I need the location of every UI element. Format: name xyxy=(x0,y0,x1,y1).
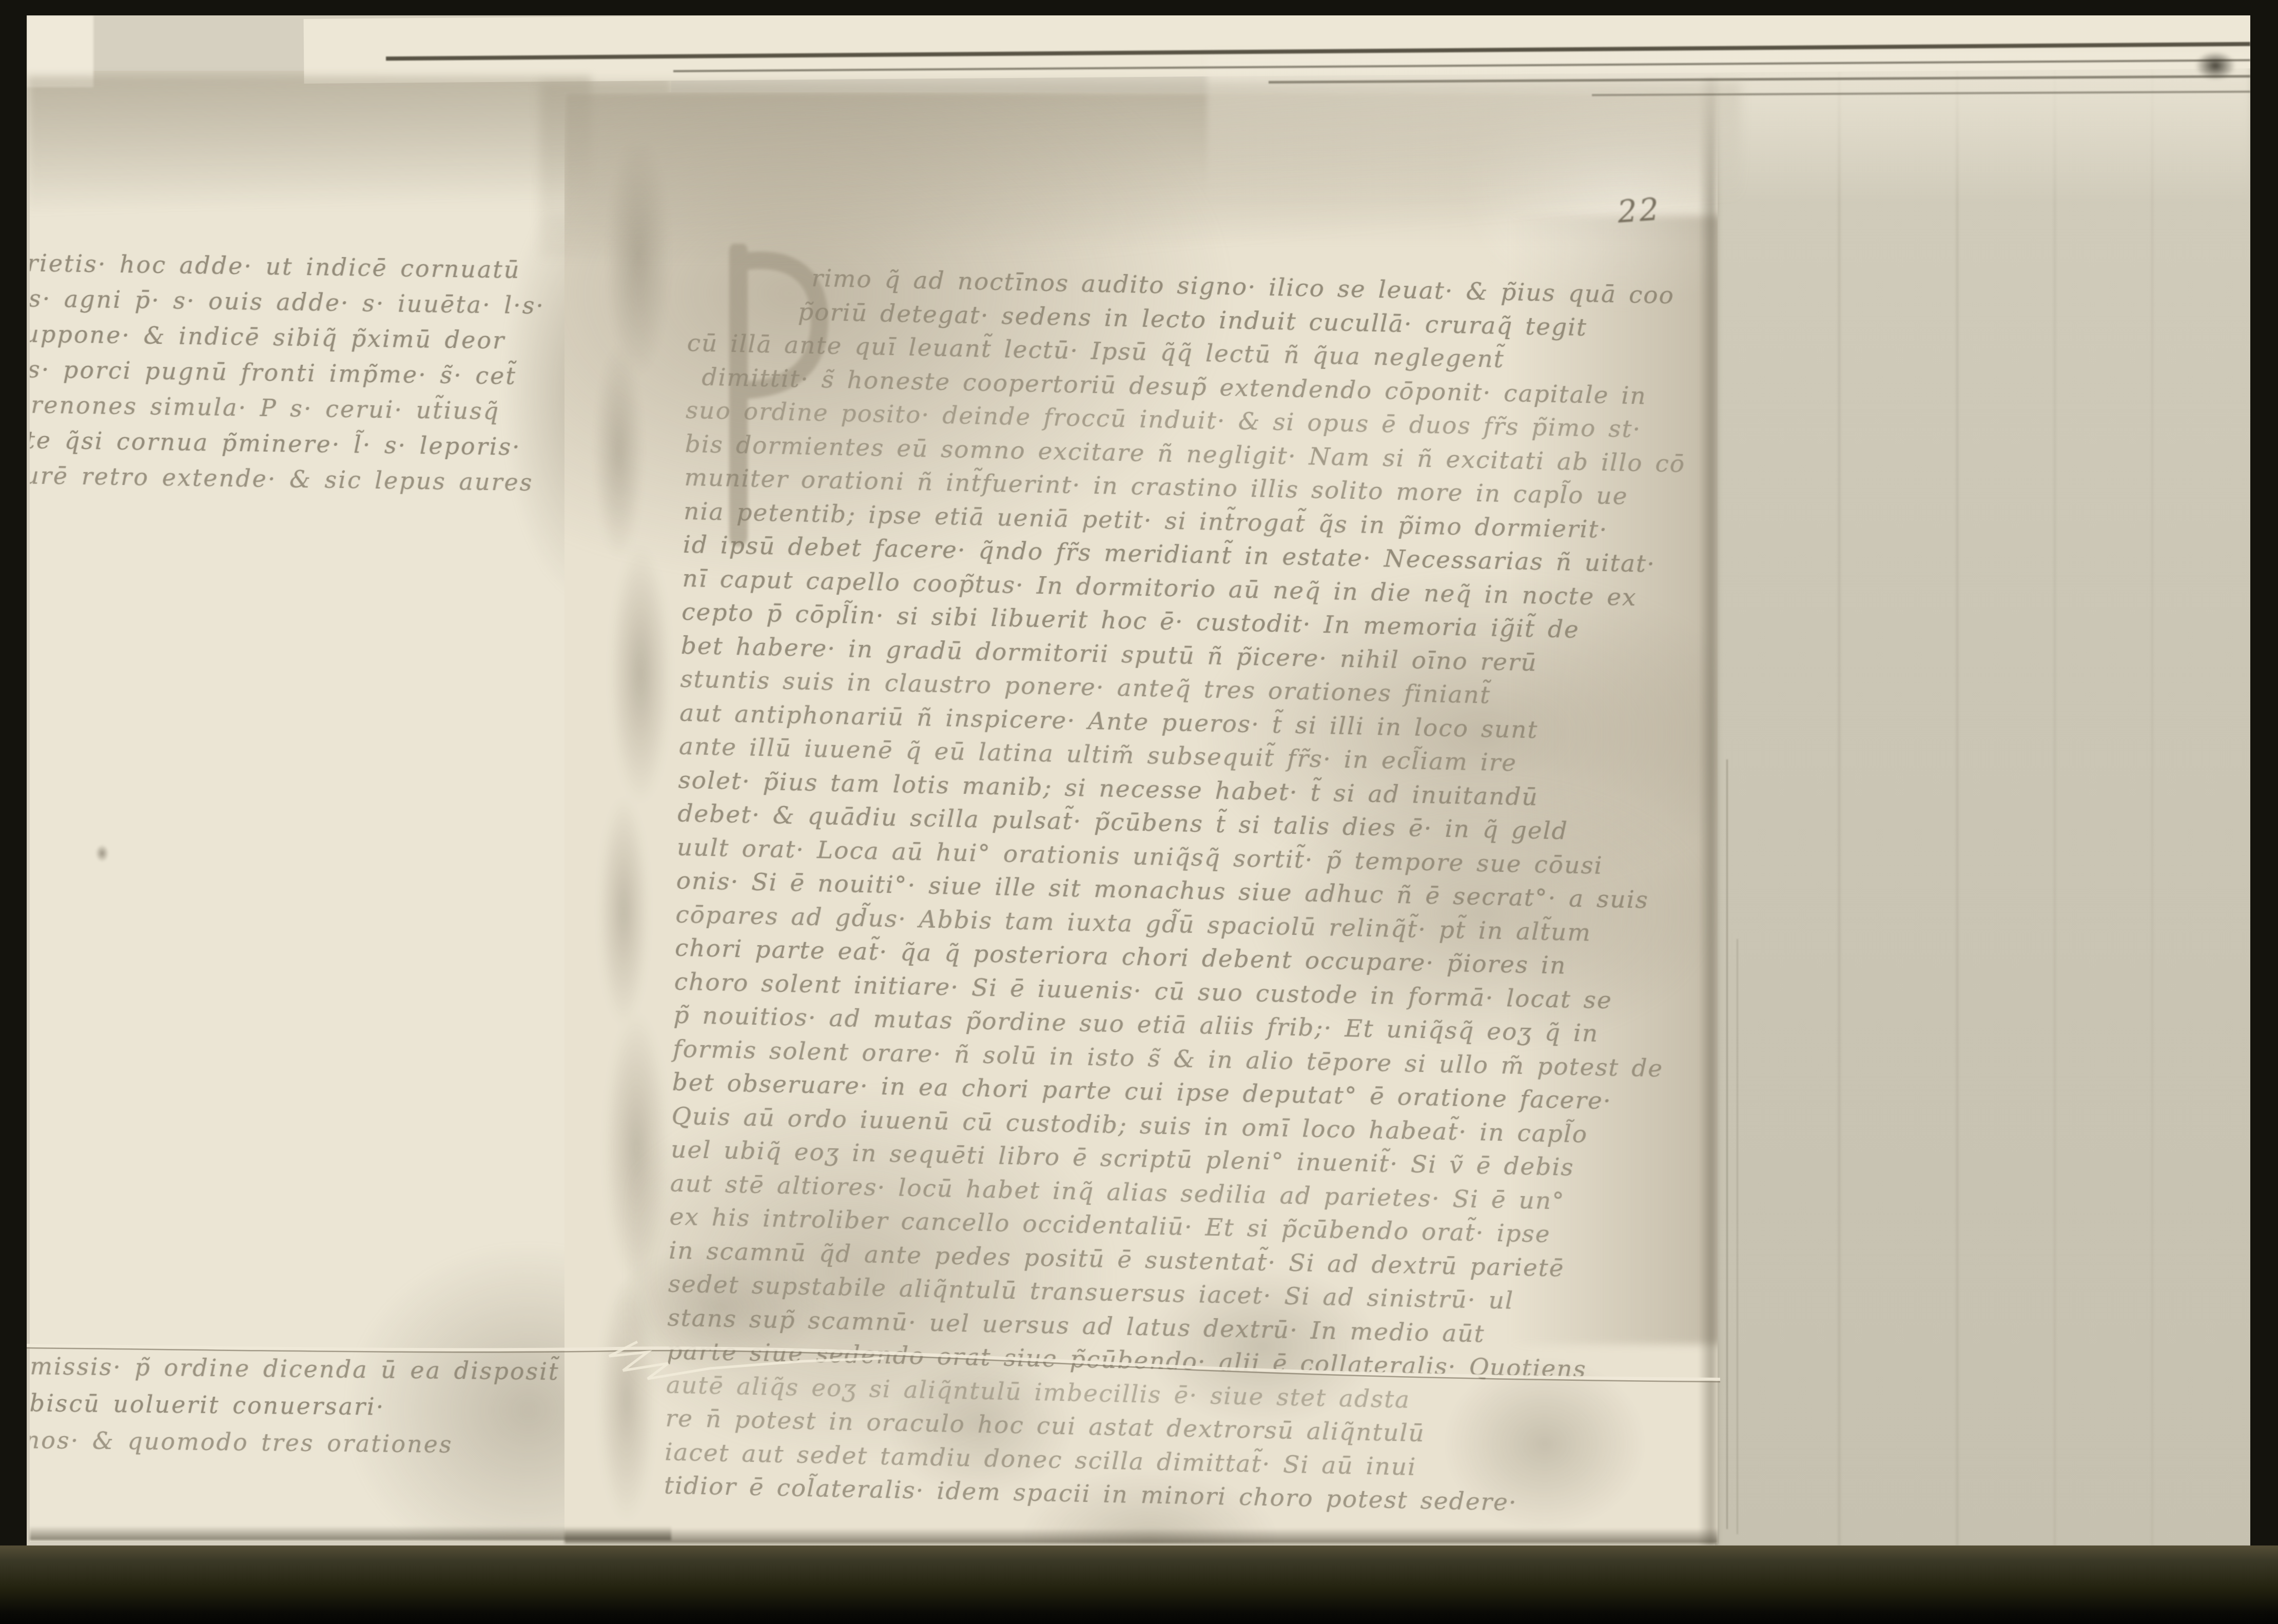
table-surface xyxy=(0,1545,2278,1624)
leaf-edge-line xyxy=(1726,759,1728,1529)
backing-streak xyxy=(2151,15,2153,1545)
manuscript-text-line: arietis· hoc adde· ut indicē cornuatū xyxy=(30,249,521,284)
right-page: rimo q̃ ad noctīnos audito signo· ilico … xyxy=(564,92,1718,1543)
page-bottom-edge xyxy=(564,1528,1718,1543)
photo-backing xyxy=(1715,15,2250,1545)
ink-spot xyxy=(95,845,109,862)
backing-streak xyxy=(2054,15,2056,1545)
manuscript-photo-scan: arietis· hoc adde· ut indicē cornuatūl·s… xyxy=(0,0,2278,1624)
leaf-edge-line xyxy=(1737,939,1738,1534)
backing-streak xyxy=(1956,15,1958,1545)
backing-streak xyxy=(1838,15,1840,1545)
left-page-upper-text: arietis· hoc adde· ut indicē cornuatūl·s… xyxy=(30,249,627,258)
folio-number: 22 xyxy=(1617,191,1662,230)
manuscript-text-line: obiscū uoluerit conuersari· xyxy=(30,1389,385,1421)
main-text-block: rimo q̃ ad noctīnos audito signo· ilico … xyxy=(664,262,1612,1542)
manuscript-text-line: ōmissis· p̃ ordine dicenda ū ea disposit… xyxy=(30,1352,560,1385)
manuscript-text-line: t̃nos· & quomodo tres orationes xyxy=(30,1426,453,1458)
manuscript-text-line: suppone· & indicē sibiq̃ p̃ximū deor xyxy=(30,320,505,354)
manuscript-text-line: l·s· porci pugnū fronti imp̃me· s̃· cet̃ xyxy=(30,355,517,390)
page-bottom-edge xyxy=(30,1526,671,1540)
manuscript-text-line: l·s· agni p̄· s· ouis adde· s· iuuēta· l… xyxy=(30,284,545,320)
manuscript-text-line: grenones simula· P s· cerui· ut̃iusq̃ xyxy=(30,390,500,425)
manuscript-text-line: aurē retro extende· & sic lepus aures xyxy=(30,461,534,496)
page-edge-shadow xyxy=(1699,77,1721,1545)
manuscript-text-line: nte q̃si cornua p̃minere· l̃· s· leporis… xyxy=(30,426,521,461)
left-page-lower-text: ōmissis· p̃ ordine dicenda ū ea disposit… xyxy=(30,1352,528,1357)
photograph: arietis· hoc adde· ut indicē cornuatūl·s… xyxy=(27,15,2250,1545)
gutter-stain xyxy=(580,144,677,1539)
